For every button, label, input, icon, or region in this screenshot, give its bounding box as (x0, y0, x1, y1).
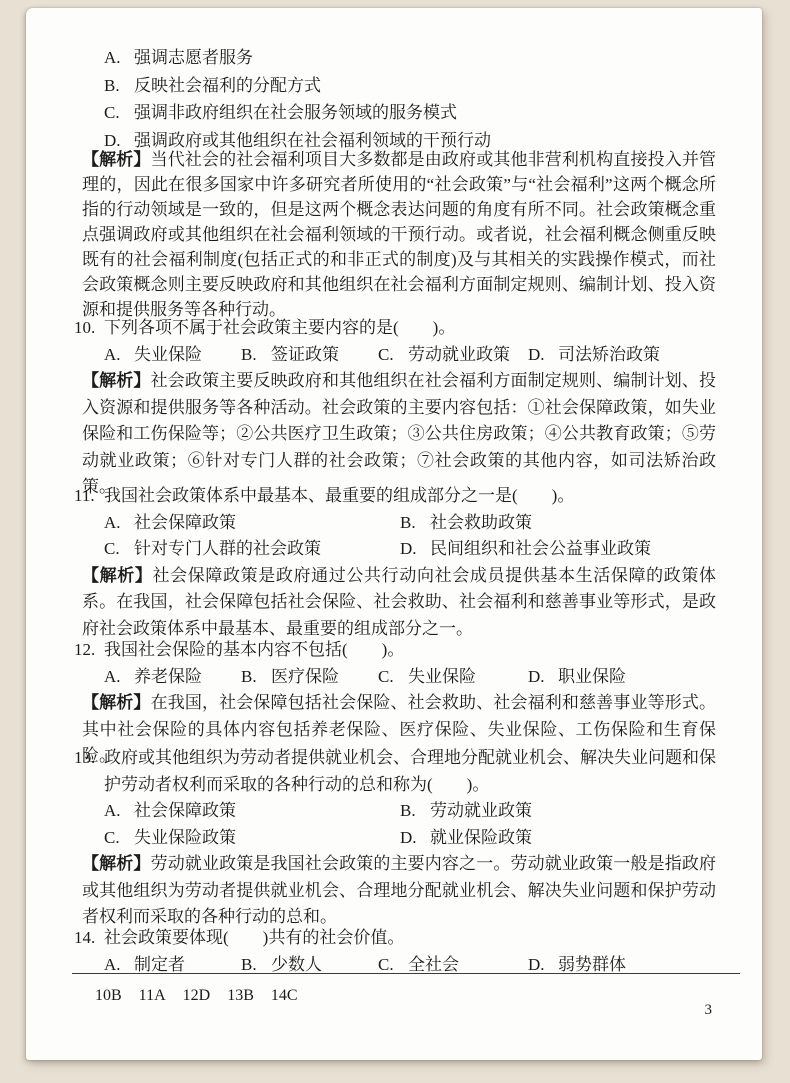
question-block-14: 14. 社会政策要体现( )共有的社会价值。 A.制定者 B.少数人 C.全社会… (74, 925, 724, 978)
analysis-text: 劳动就业政策是我国社会政策的主要内容之一。劳动就业政策一般是指政府或其他组织为劳… (82, 854, 716, 926)
option: A.失业保险 (104, 342, 241, 369)
page-sheet: A.强调志愿者服务 B.反映社会福利的分配方式 C.强调非政府组织在社会服务领域… (26, 8, 762, 1060)
question-number: 13. (74, 745, 104, 798)
question-stem: 我国社会政策体系中最基本、最重要的组成部分之一是( )。 (104, 483, 724, 510)
option-text: 劳动就业政策 (430, 801, 532, 820)
option: A.养老保险 (104, 664, 241, 691)
option-text: 就业保险政策 (430, 828, 532, 847)
option-label: C. (378, 952, 408, 979)
option: A.社会保障政策 (104, 798, 400, 825)
question-number: 14. (74, 925, 104, 952)
option-text: 社会保障政策 (134, 513, 236, 532)
options-grid: A.社会保障政策 B.劳动就业政策 C.失业保险政策 D.就业保险政策 (104, 798, 724, 851)
question-stem: 下列各项不属于社会政策主要内容的是( )。 (104, 315, 724, 342)
option: D.民间组织和社会公益事业政策 (400, 536, 724, 563)
answer-key-item: 14C (271, 983, 298, 1009)
option: B.反映社会福利的分配方式 (104, 72, 724, 100)
option-text: 签证政策 (271, 345, 339, 364)
option: C.失业保险 (378, 664, 528, 691)
option-label: B. (104, 72, 134, 100)
question-number: 11. (74, 483, 104, 510)
option: C.全社会 (378, 952, 528, 979)
option: A.强调志愿者服务 (104, 44, 724, 72)
option-text: 职业保险 (558, 667, 626, 686)
question-stem-line: 11. 我国社会政策体系中最基本、最重要的组成部分之一是( )。 (74, 483, 724, 510)
analysis-tag: 【解析】 (82, 371, 151, 390)
question-stem-line: 14. 社会政策要体现( )共有的社会价值。 (74, 925, 724, 952)
option-text: 针对专门人群的社会政策 (134, 539, 321, 558)
option: D.弱势群体 (528, 952, 724, 979)
option-label: C. (104, 99, 134, 127)
question-block-10: 10. 下列各项不属于社会政策主要内容的是( )。 A.失业保险 B.签证政策 … (74, 315, 724, 501)
analysis-text: 当代社会的社会福利项目大多数都是由政府或其他非营利机构直接投入并管理的，因此在很… (82, 150, 716, 319)
option-text: 社会保障政策 (134, 801, 236, 820)
option-label: D. (528, 342, 558, 369)
page-background: { "document": { "labels": { "analysis_ta… (0, 0, 790, 1083)
answer-key: 10B 11A 12D 13B 14C (95, 983, 298, 1009)
option: C.劳动就业政策 (378, 342, 528, 369)
question-stem-line: 12. 我国社会保险的基本内容不包括( )。 (74, 637, 724, 664)
question-number: 10. (74, 315, 104, 342)
option-text: 社会救助政策 (430, 513, 532, 532)
option-label: B. (241, 952, 271, 979)
option-text: 弱势群体 (558, 955, 626, 974)
option-text: 民间组织和社会公益事业政策 (430, 539, 651, 558)
answer-key-item: 10B (95, 983, 122, 1009)
option-label: A. (104, 952, 134, 979)
option-text: 养老保险 (134, 667, 202, 686)
option: C.针对专门人群的社会政策 (104, 536, 400, 563)
question-stem: 社会政策要体现( )共有的社会价值。 (104, 925, 724, 952)
option-label: A. (104, 342, 134, 369)
analysis-tag: 【解析】 (82, 854, 151, 873)
analysis-tag: 【解析】 (82, 693, 151, 712)
footer-divider (72, 973, 740, 974)
question-stem: 我国社会保险的基本内容不包括( )。 (104, 637, 724, 664)
option-text: 强调志愿者服务 (134, 48, 253, 67)
option-label: C. (104, 825, 134, 852)
prev-question-options: A.强调志愿者服务 B.反映社会福利的分配方式 C.强调非政府组织在社会服务领域… (74, 44, 724, 154)
option: C.强调非政府组织在社会服务领域的服务模式 (104, 99, 724, 127)
option-label: D. (400, 825, 430, 852)
option-label: B. (241, 664, 271, 691)
question-block-11: 11. 我国社会政策体系中最基本、最重要的组成部分之一是( )。 A.社会保障政… (74, 483, 724, 642)
option-label: C. (104, 536, 134, 563)
option-label: A. (104, 44, 134, 72)
option: D.司法矫治政策 (528, 342, 724, 369)
analysis-paragraph: 【解析】劳动就业政策是我国社会政策的主要内容之一。劳动就业政策一般是指政府或其他… (82, 851, 716, 931)
question-stem-line: 10. 下列各项不属于社会政策主要内容的是( )。 (74, 315, 724, 342)
option: B.社会救助政策 (400, 510, 724, 537)
option-text: 失业保险政策 (134, 828, 236, 847)
option-text: 司法矫治政策 (558, 345, 660, 364)
options-row: A.失业保险 B.签证政策 C.劳动就业政策 D.司法矫治政策 (104, 342, 724, 369)
question-block-13: 13. 政府或其他组织为劳动者提供就业机会、合理地分配就业机会、解决失业问题和保… (74, 745, 724, 931)
option-label: D. (528, 952, 558, 979)
answer-key-item: 13B (227, 983, 254, 1009)
option-text: 强调非政府组织在社会服务领域的服务模式 (134, 103, 457, 122)
option-label: D. (400, 536, 430, 563)
option-text: 反映社会福利的分配方式 (134, 76, 321, 95)
option: B.少数人 (241, 952, 378, 979)
question-number: 12. (74, 637, 104, 664)
option-text: 制定者 (134, 955, 185, 974)
options-row: A.制定者 B.少数人 C.全社会 D.弱势群体 (104, 952, 724, 979)
option-text: 少数人 (271, 955, 322, 974)
answer-key-item: 11A (139, 983, 166, 1009)
option-label: A. (104, 798, 134, 825)
option-label: D. (528, 664, 558, 691)
analysis-text: 社会政策主要反映政府和其他组织在社会福利方面制定规则、编制计划、投入资源和提供服… (82, 371, 716, 496)
option-text: 医疗保险 (271, 667, 339, 686)
page-number: 3 (705, 1002, 713, 1019)
question-stem-line: 13. 政府或其他组织为劳动者提供就业机会、合理地分配就业机会、解决失业问题和保… (74, 745, 724, 798)
analysis-paragraph: 【解析】当代社会的社会福利项目大多数都是由政府或其他非营利机构直接投入并管理的，… (82, 147, 716, 322)
analysis-tag: 【解析】 (82, 150, 151, 169)
options-row: A.养老保险 B.医疗保险 C.失业保险 D.职业保险 (104, 664, 724, 691)
option-label: B. (400, 798, 430, 825)
option-label: C. (378, 342, 408, 369)
option-label: B. (400, 510, 430, 537)
option: D.就业保险政策 (400, 825, 724, 852)
option-text: 劳动就业政策 (408, 345, 510, 364)
option-text: 全社会 (408, 955, 459, 974)
option: B.劳动就业政策 (400, 798, 724, 825)
option: A.社会保障政策 (104, 510, 400, 537)
option-label: B. (241, 342, 271, 369)
option: D.职业保险 (528, 664, 724, 691)
analysis-paragraph: 【解析】社会保障政策是政府通过公共行动向社会成员提供基本生活保障的政策体系。在我… (82, 563, 716, 643)
analysis-paragraph: 【解析】社会政策主要反映政府和其他组织在社会福利方面制定规则、编制计划、投入资源… (82, 368, 716, 501)
option: B.医疗保险 (241, 664, 378, 691)
option-label: A. (104, 510, 134, 537)
answer-key-item: 12D (183, 983, 211, 1009)
analysis-tag: 【解析】 (82, 566, 153, 585)
option: C.失业保险政策 (104, 825, 400, 852)
option-text: 失业保险 (134, 345, 202, 364)
option-label: C. (378, 664, 408, 691)
option: A.制定者 (104, 952, 241, 979)
options-grid: A.社会保障政策 B.社会救助政策 C.针对专门人群的社会政策 D.民间组织和社… (104, 510, 724, 563)
question-stem: 政府或其他组织为劳动者提供就业机会、合理地分配就业机会、解决失业问题和保护劳动者… (104, 745, 724, 798)
option: B.签证政策 (241, 342, 378, 369)
option-text: 失业保险 (408, 667, 476, 686)
option-label: A. (104, 664, 134, 691)
analysis-text: 社会保障政策是政府通过公共行动向社会成员提供基本生活保障的政策体系。在我国，社会… (82, 566, 716, 638)
